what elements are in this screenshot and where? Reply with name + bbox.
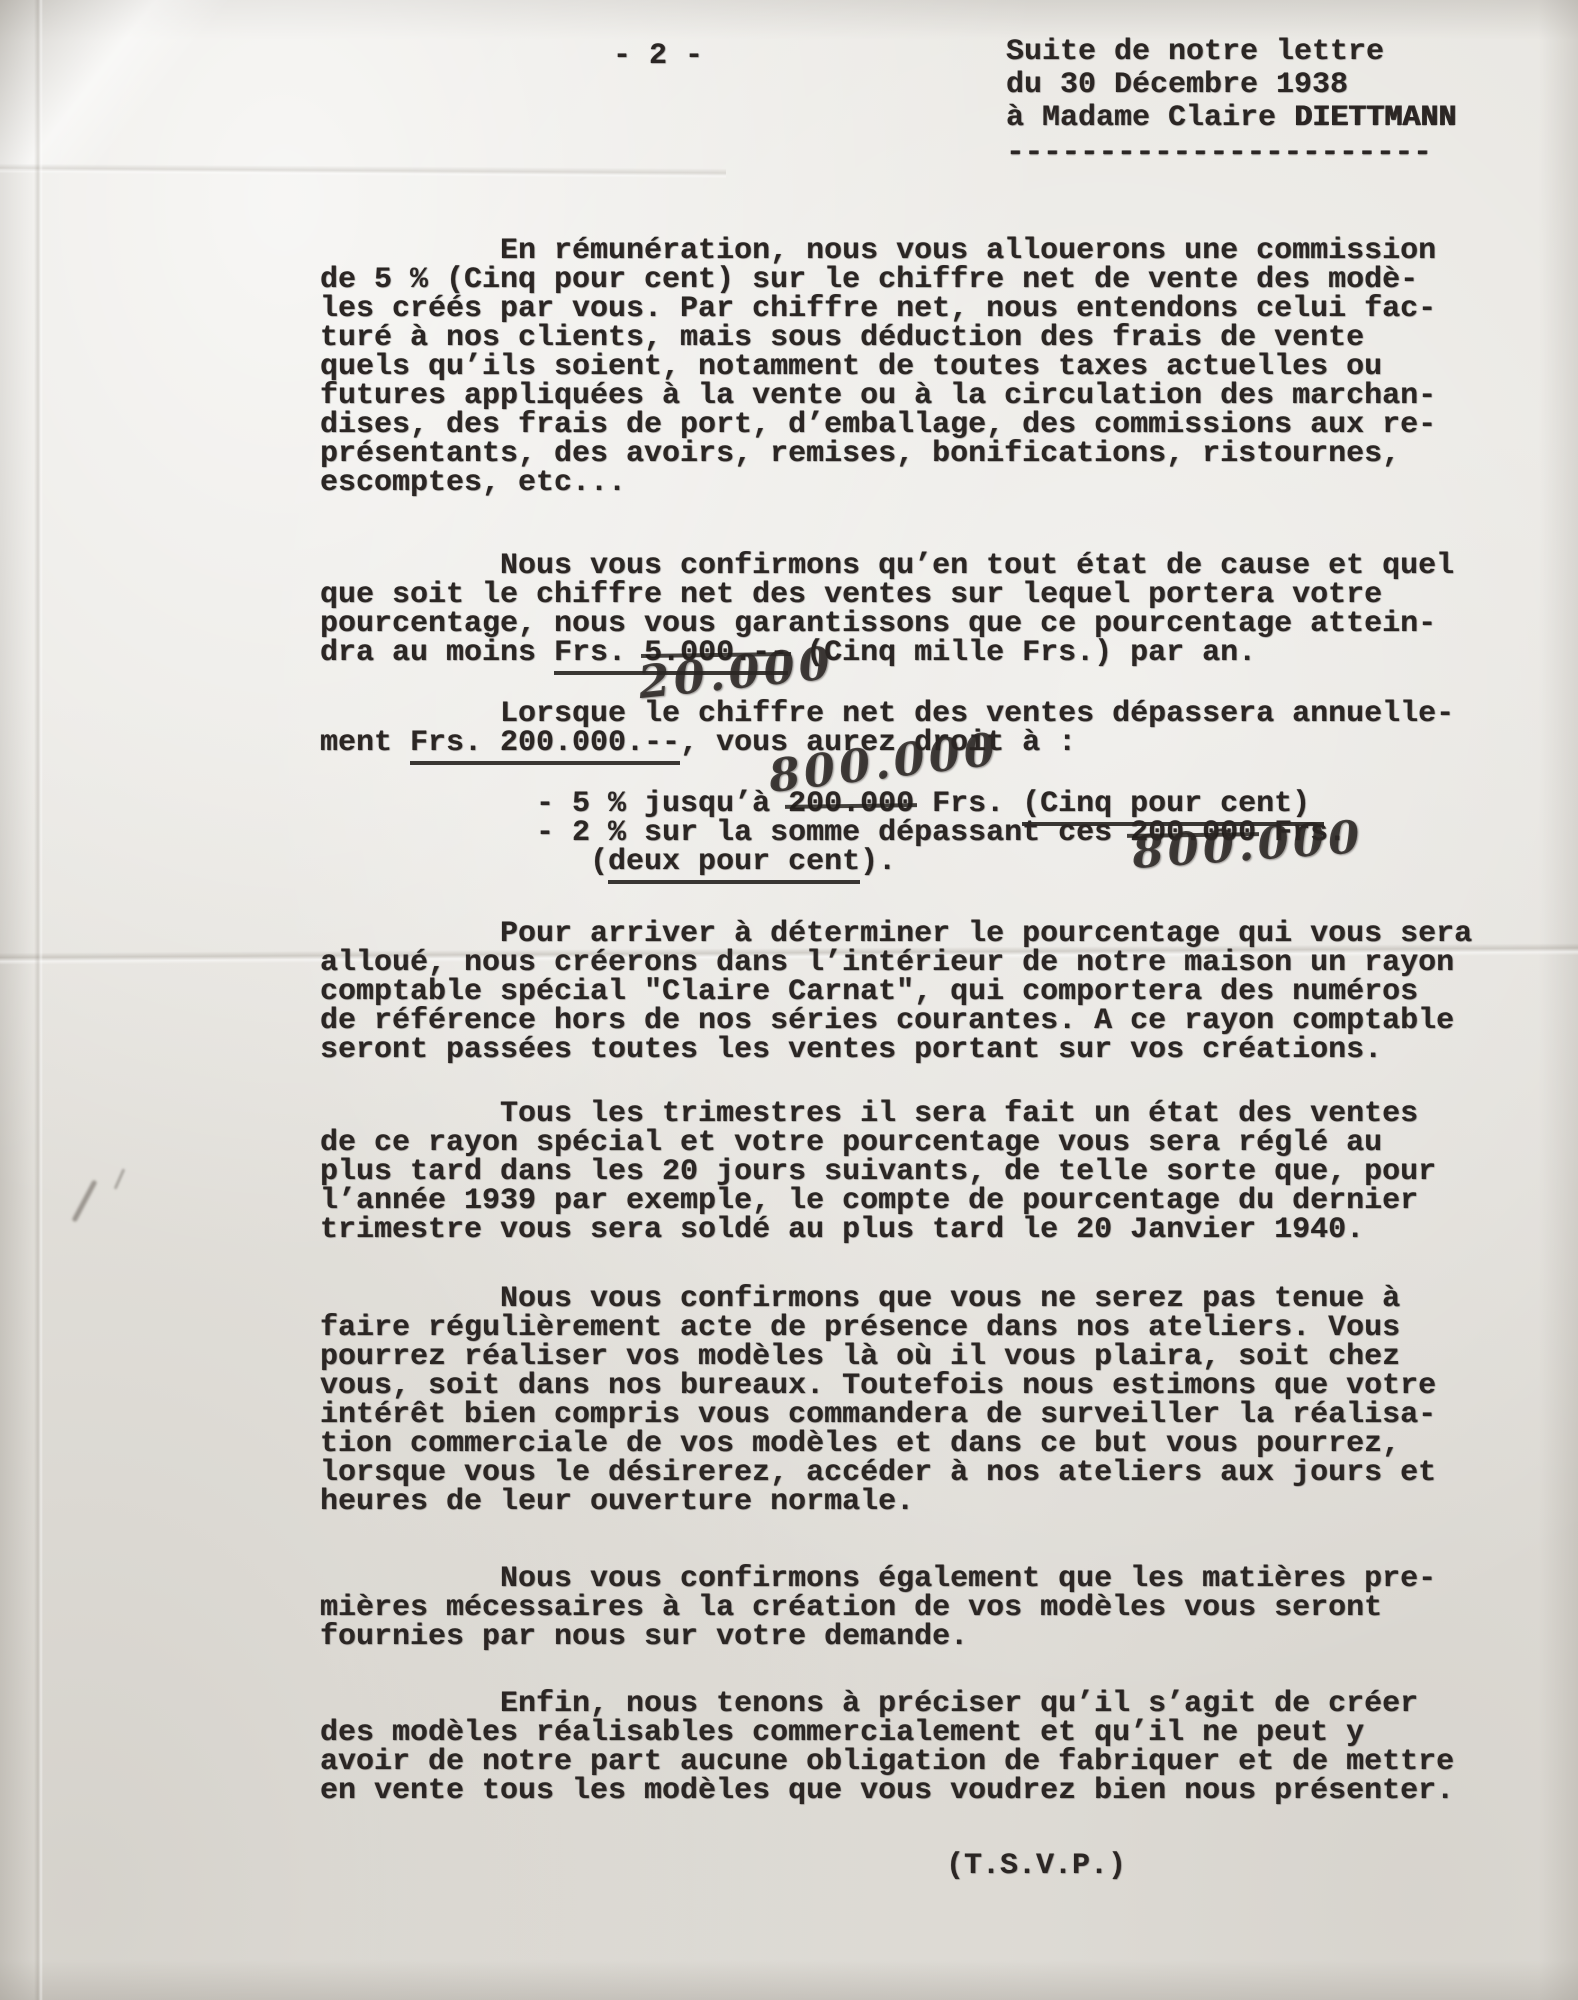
recipient-name: DIETTMANN — [1294, 101, 1456, 135]
threshold-line1: Lorsque le chiffre net des ventes dépass… — [320, 700, 1470, 729]
threshold-pre: ment — [320, 726, 410, 760]
guarantee-post: (Cinq mille Frs.) par an. — [788, 636, 1256, 670]
paragraph-presence-ateliers: Nous vous confirmons que vous ne serez p… — [320, 1285, 1470, 1517]
guarantee-amount-line: dra au moins Frs. 5.000.-- (Cinq mille F… — [320, 639, 1470, 668]
guarantee-pre: dra au moins — [320, 636, 554, 670]
bullet3-post: ). — [860, 845, 896, 879]
header-note-line2: du 30 Décembre 1938 — [1006, 69, 1456, 102]
header-note: Suite de notre lettre du 30 Décembre 193… — [1006, 36, 1456, 170]
paper-crease-horizontal-top — [0, 163, 726, 178]
tsvp-note: (T.S.V.P.) — [946, 1852, 1126, 1881]
paragraph-guarantee: Nous vous confirmons qu’en tout état de … — [320, 552, 1470, 668]
paragraph-matieres-premieres: Nous vous confirmons également que les m… — [320, 1565, 1470, 1652]
paragraph-remuneration: En rémunération, nous vous allouerons un… — [320, 237, 1470, 498]
threshold-amount-underlined: Frs. 200.000.-- — [410, 726, 680, 765]
bullet3-pre: ( — [320, 845, 608, 879]
paragraph-guarantee-lines: Nous vous confirmons qu’en tout état de … — [320, 552, 1470, 639]
deux-pour-cent-underlined: deux pour cent — [608, 845, 860, 884]
paragraph-rayon-comptable: Pour arriver à déterminer le pourcentage… — [320, 920, 1470, 1065]
page-number: - 2 - — [613, 42, 703, 71]
letter-page: - 2 - Suite de notre lettre du 30 Décemb… — [0, 0, 1578, 2000]
currency-label: Frs. — [554, 636, 644, 670]
header-note-line1: Suite de notre lettre — [1006, 36, 1456, 69]
paragraph-modeles-realisables: Enfin, nous tenons à préciser qu’il s’ag… — [320, 1690, 1470, 1806]
header-underline-dashes: ----------------------- — [1006, 137, 1456, 170]
paper-crease-vertical — [34, 0, 43, 2000]
paragraph-trimestres: Tous les trimestres il sera fait un état… — [320, 1100, 1470, 1245]
recipient-prefix: à Madame Claire — [1006, 101, 1294, 135]
ink-smudge — [114, 1168, 126, 1189]
header-note-line3: à Madame Claire DIETTMANN — [1006, 102, 1456, 135]
letter-body: En rémunération, nous vous allouerons un… — [320, 237, 1470, 1806]
ink-smudge — [71, 1180, 97, 1223]
